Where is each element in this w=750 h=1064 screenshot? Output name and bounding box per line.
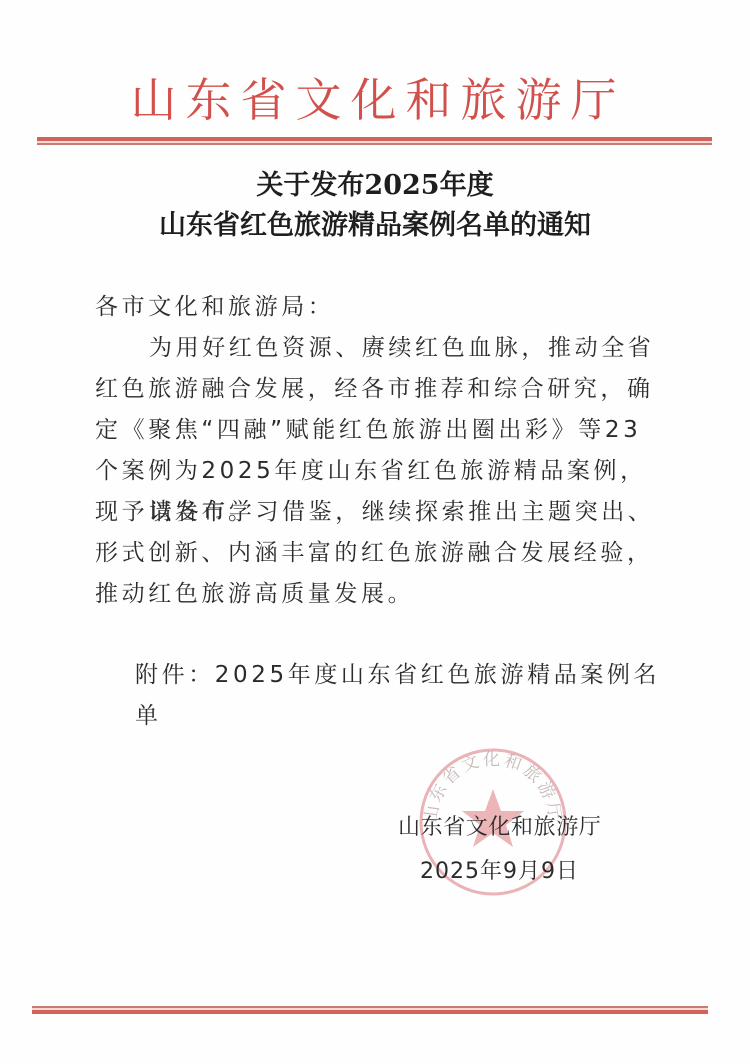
- salutation: 各市文化和旅游局：: [95, 287, 657, 328]
- footer-divider: [32, 1006, 708, 1014]
- document-title-line-2: 山东省红色旅游精品案例名单的通知: [0, 206, 750, 246]
- attachment-note: 附件：2025年度山东省红色旅游精品案例名单: [135, 655, 675, 737]
- letterhead-issuer: 山东省文化和旅游厅: [0, 72, 750, 128]
- signoff-issuer: 山东省文化和旅游厅: [398, 812, 601, 844]
- signoff-date: 2025年9月9日: [420, 856, 579, 888]
- divider-thin-line: [37, 143, 712, 145]
- body-paragraph-2: 请各市学习借鉴，继续探索推出主题突出、形式创新、内涵丰富的红色旅游融合发展经验，…: [95, 492, 657, 615]
- divider-thick-line: [32, 1010, 708, 1014]
- letterhead-divider: [37, 137, 712, 145]
- document-title-line-1: 关于发布2025年度: [0, 166, 750, 206]
